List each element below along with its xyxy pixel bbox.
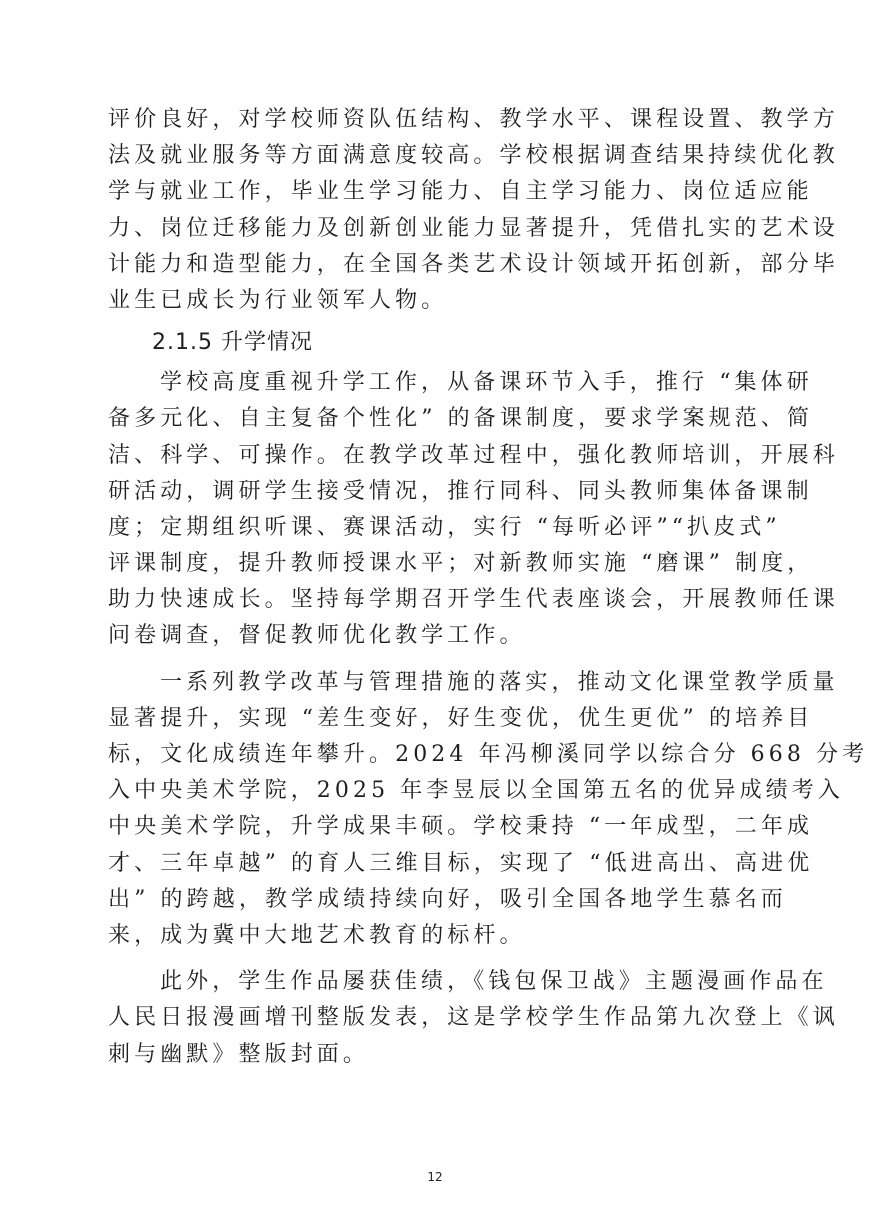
document-page: 评价良好，对学校师资队伍结构、教学水平、课程设置、教学方 法及就业服务等方面满意…: [0, 0, 870, 1231]
page-content: 评价良好，对学校师资队伍结构、教学水平、课程设置、教学方 法及就业服务等方面满意…: [108, 102, 768, 1073]
text-line: 中央美术学院，升学成果丰硕。学校秉持 “一年成型，二年成: [108, 809, 768, 845]
text-line: 助力快速成长。坚持每学期召开学生代表座谈会，开展教师任课: [108, 582, 768, 618]
text-line: 度；定期组织听课、赛课活动，实行 “每听必评”“扒皮式”: [108, 510, 768, 546]
paragraph-student-works: 此外，学生作品屡获佳绩，《钱包保卫战》主题漫画作品在 人民日报漫画增刊整版发表，…: [108, 964, 768, 1073]
text-line: 问卷调查，督促教师优化教学工作。: [108, 618, 768, 654]
page-number: 12: [0, 1170, 870, 1184]
text-line: 业生已成长为行业领军人物。: [108, 283, 768, 319]
text-line: 才、三年卓越” 的育人三维目标，实现了 “低进高出、高进优: [108, 846, 768, 882]
paragraph-lesson-preparation: 学校高度重视升学工作，从备课环节入手，推行 “集体研 备多元化、自主复备个性化”…: [108, 365, 768, 655]
text-line: 计能力和造型能力，在全国各类艺术设计领域开拓创新，部分毕: [108, 247, 768, 283]
text-line: 法及就业服务等方面满意度较高。学校根据调查结果持续优化教: [108, 138, 768, 174]
text-line: 研活动，调研学生接受情况，推行同科、同头教师集体备课制: [108, 474, 768, 510]
text-line: 一系列教学改革与管理措施的落实，推动文化课堂教学质量: [108, 665, 768, 701]
paragraph-spacer: [108, 655, 768, 665]
paragraph-admission-results: 一系列教学改革与管理措施的落实，推动文化课堂教学质量 显著提升，实现 “差生变好…: [108, 665, 768, 955]
text-line: 来，成为冀中大地艺术教育的标杆。: [108, 918, 768, 954]
text-line: 学与就业工作，毕业生学习能力、自主学习能力、岗位适应能: [108, 174, 768, 210]
text-line: 显著提升，实现 “差生变好，好生变优，优生更优” 的培养目: [108, 701, 768, 737]
text-line: 标，文化成绩连年攀升。2024 年冯柳溪同学以综合分 668 分考: [108, 737, 768, 773]
text-line: 力、岗位迁移能力及创新创业能力显著提升，凭借扎实的艺术设: [108, 211, 768, 247]
text-line: 出” 的跨越，教学成绩持续向好，吸引全国各地学生慕名而: [108, 882, 768, 918]
text-line: 洁、科学、可操作。在教学改革过程中，强化教师培训，开展科: [108, 438, 768, 474]
text-line: 此外，学生作品屡获佳绩，《钱包保卫战》主题漫画作品在: [108, 964, 768, 1000]
text-line: 人民日报漫画增刊整版发表，这是学校学生作品第九次登上《讽: [108, 1000, 768, 1036]
paragraph-spacer: [108, 954, 768, 964]
text-line: 刺与幽默》整版封面。: [108, 1037, 768, 1073]
paragraph-graduate-evaluation: 评价良好，对学校师资队伍结构、教学水平、课程设置、教学方 法及就业服务等方面满意…: [108, 102, 768, 319]
text-line: 评课制度，提升教师授课水平；对新教师实施 “磨课” 制度，: [108, 546, 768, 582]
section-heading: 2.1.5 升学情况: [108, 325, 768, 361]
text-line: 评价良好，对学校师资队伍结构、教学水平、课程设置、教学方: [108, 102, 768, 138]
text-line: 学校高度重视升学工作，从备课环节入手，推行 “集体研: [108, 365, 768, 401]
text-line: 入中央美术学院，2025 年李昱辰以全国第五名的优异成绩考入: [108, 773, 768, 809]
text-line: 备多元化、自主复备个性化” 的备课制度，要求学案规范、简: [108, 401, 768, 437]
